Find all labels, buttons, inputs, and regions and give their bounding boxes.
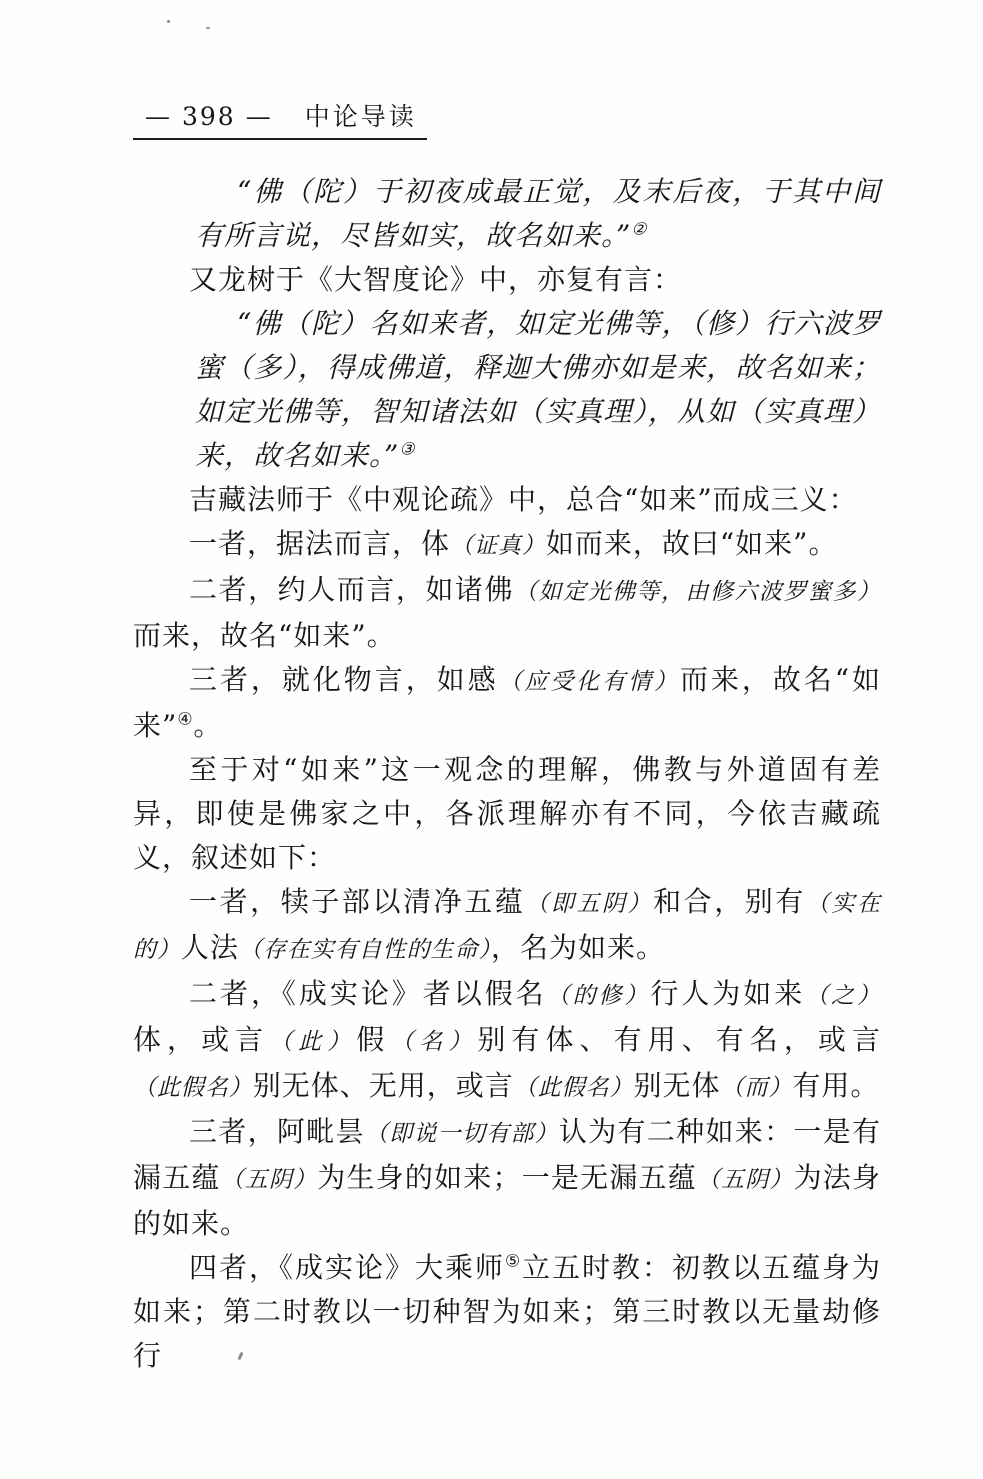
- quote-paragraph: “佛（陀）名如来者，如定光佛等，（修）行六波罗蜜（多），得成佛道，释迦大佛亦如是…: [195, 302, 881, 478]
- page-content: “佛（陀）于初夜成最正觉，及末后夜，于其中间有所言说，尽皆如实，故名如来。”② …: [133, 170, 881, 1378]
- book-page: —398—中论导读 “佛（陀）于初夜成最正觉，及末后夜，于其中间有所言说，尽皆如…: [0, 0, 983, 1479]
- header-dash-right: —: [246, 102, 273, 131]
- body-paragraph: 吉藏法师于《中观论疏》中，总合“如来”而成三义：: [133, 478, 881, 522]
- body-paragraph: 三者，就化物言，如感（应受化有情）而来，故名“如来”④。: [133, 658, 881, 748]
- body-paragraph: 至于对“如来”这一观念的理解，佛教与外道固有差异，即使是佛家之中，各派理解亦有不…: [133, 748, 881, 880]
- header-dash-left: —: [145, 102, 172, 131]
- body-paragraph: 一者，犊子部以清净五蕴（即五阴）和合，别有（实在的）人法（存在实有自性的生命），…: [133, 880, 881, 972]
- book-title: 中论导读: [305, 102, 417, 131]
- body-paragraph: 三者，阿毗昙（即说一切有部）认为有二种如来：一是有漏五蕴（五阴）为生身的如来；一…: [133, 1110, 881, 1246]
- body-paragraph: 二者，《成实论》者以假名（的修）行人为如来（之）体，或言（此）假（名）别有体、有…: [133, 972, 881, 1110]
- page-number: 398: [182, 102, 236, 131]
- scan-speckle: [167, 20, 170, 23]
- body-paragraph: 一者，据法而言，体（证真）如而来，故曰“如来”。: [133, 522, 881, 568]
- page-number-group: —398—: [135, 102, 283, 131]
- body-paragraph: 又龙树于《大智度论》中，亦复有言：: [133, 258, 881, 302]
- running-header: —398—中论导读: [133, 102, 427, 140]
- body-paragraph: 四者，《成实论》大乘师⑤立五时教：初教以五蕴身为如来；第二时教以一切种智为如来；…: [133, 1246, 881, 1378]
- scan-speckle: [206, 27, 210, 29]
- quote-paragraph: “佛（陀）于初夜成最正觉，及末后夜，于其中间有所言说，尽皆如实，故名如来。”②: [195, 170, 881, 258]
- body-paragraph: 二者，约人而言，如诸佛（如定光佛等，由修六波罗蜜多）而来，故名“如来”。: [133, 568, 881, 658]
